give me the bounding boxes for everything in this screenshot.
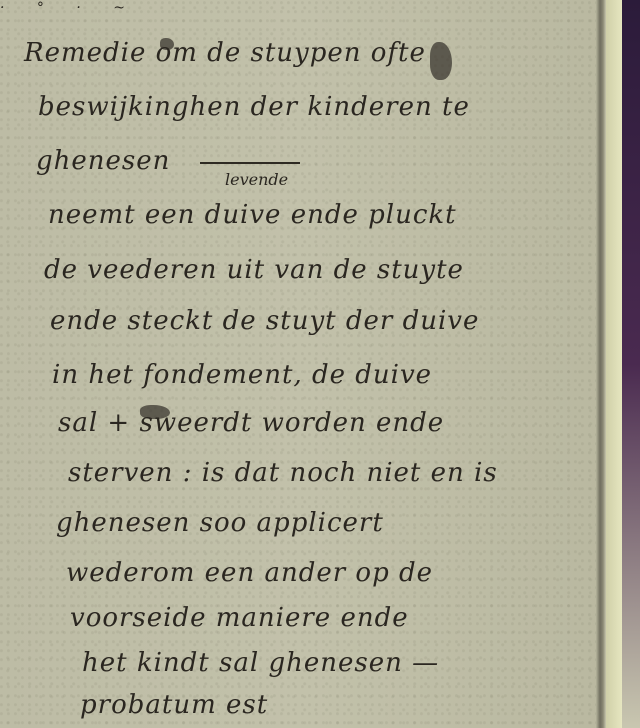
manuscript-line-8: sal + sweerdt worden ende xyxy=(58,408,444,438)
manuscript-line-7: in het fondement, de duive xyxy=(52,360,432,390)
manuscript-line-14: probatum est xyxy=(80,690,268,720)
manuscript-line-4: neemt een duive ende pluckt xyxy=(48,200,457,230)
manuscript-line-12: voorseide maniere ende xyxy=(70,603,409,633)
manuscript-line-5: de veederen uit van de stuyte xyxy=(44,255,464,285)
manuscript-line-10: ghenesen soo applicert xyxy=(56,508,384,538)
manuscript-page: · ° · ~ Remedie om de stuypen ofte beswi… xyxy=(0,0,612,728)
manuscript-line-3: ghenesen xyxy=(36,146,170,176)
manuscript-line-2: beswijkinghen der kinderen te xyxy=(38,92,470,122)
manuscript-line-13: het kindt sal ghenesen — xyxy=(82,648,439,678)
manuscript-line-6: ende steckt de stuyt der duive xyxy=(50,306,479,336)
underline xyxy=(200,162,300,164)
page-margin-strip xyxy=(606,0,622,728)
manuscript-line-11: wederom een ander op de xyxy=(66,558,433,588)
ink-blot xyxy=(430,42,452,80)
manuscript-line-1: Remedie om de stuypen ofte xyxy=(24,38,426,68)
interlinear-insertion: levende xyxy=(225,170,288,189)
background-surface xyxy=(622,0,640,728)
manuscript-line-9: sterven : is dat noch niet en is xyxy=(68,458,498,488)
page-edge-shadow xyxy=(596,0,606,728)
top-fragment: · ° · ~ xyxy=(0,0,600,16)
